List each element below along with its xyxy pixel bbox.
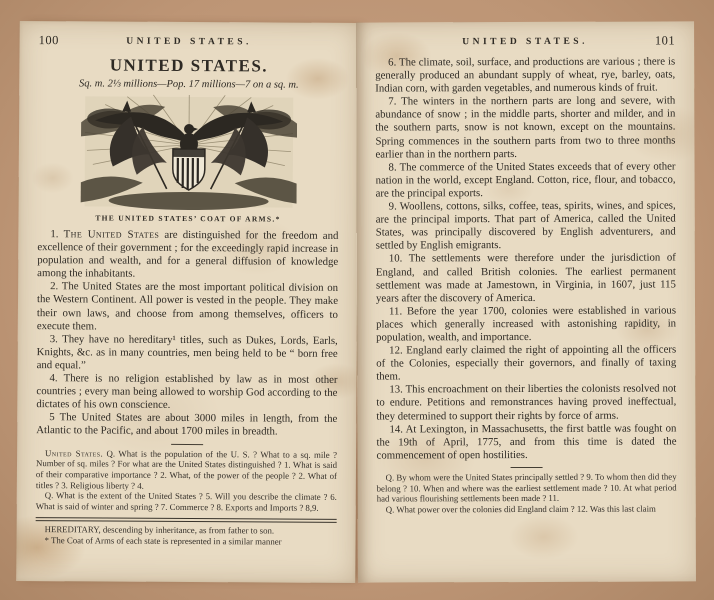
- paragraph-9: 9. Woollens, cottons, silks, coffee, tea…: [376, 200, 676, 253]
- questions-paragraph: United States. Q. What is the population…: [36, 448, 337, 493]
- right-body-text: 6. The climate, soil, surface, and produ…: [375, 55, 676, 462]
- left-page-header: 100 UNITED STATES.: [39, 33, 340, 53]
- paragraph-2: 2. The United States are the most import…: [37, 280, 338, 334]
- questions-paragraph: Q. What is the extent of the United Stat…: [36, 490, 337, 513]
- united-states-coat-of-arms-engraving: [80, 94, 297, 211]
- left-questions-block: United States. Q. What is the population…: [36, 448, 337, 514]
- right-page-content: 101 UNITED STATES. 6. The climate, soil,…: [356, 21, 696, 515]
- paragraph-number: 1.: [50, 228, 58, 240]
- engraving-caption: THE UNITED STATES’ COAT OF ARMS.*: [37, 213, 338, 224]
- left-body-text: 1. The United States are distinguished f…: [36, 228, 338, 439]
- left-page: 100 UNITED STATES. UNITED STATES. Sq. m.…: [16, 21, 358, 583]
- paragraph-lead: The United States: [64, 228, 160, 241]
- paragraph-5: 5 The United States are about 3000 miles…: [36, 411, 337, 439]
- right-page-header: 101 UNITED STATES.: [375, 33, 675, 52]
- right-questions-block: Q. By whom were the United States princi…: [377, 471, 677, 515]
- footnote-coat-of-arms: * The Coat of Arms of each state is repr…: [36, 535, 337, 548]
- right-page: 101 UNITED STATES. 6. The climate, soil,…: [356, 21, 696, 582]
- questions-lead: United States.: [45, 448, 103, 458]
- left-footnotes: HEREDITARY, descending by inheritance, a…: [36, 524, 337, 548]
- paragraph-1: 1. The United States are distinguished f…: [37, 228, 338, 282]
- stats-line: Sq. m. 2⅓ millions—Pop. 17 millions—7 on…: [38, 78, 339, 91]
- questions-paragraph: Q. What power over the colonies did Engl…: [377, 503, 677, 515]
- section-rule: [511, 467, 543, 468]
- page-title: UNITED STATES.: [38, 55, 339, 77]
- paragraph-14: 14. At Lexington, in Massachusetts, the …: [376, 422, 676, 462]
- paragraph-7: 7. The winters in the northern parts are…: [375, 95, 675, 162]
- questions-paragraph: Q. By whom were the United States princi…: [377, 471, 677, 504]
- right-page-number: 101: [655, 33, 675, 48]
- left-running-head: UNITED STATES.: [39, 33, 340, 48]
- paragraph-number: 3.: [50, 333, 58, 345]
- right-running-head: UNITED STATES.: [375, 33, 675, 47]
- paragraph-3: 3. They have no hereditary¹ titles, such…: [37, 333, 338, 374]
- left-page-content: 100 UNITED STATES. UNITED STATES. Sq. m.…: [17, 21, 359, 548]
- paragraph-10: 10. The settlements were therefore under…: [376, 252, 676, 305]
- paragraph-13: 13. This encroachment on their liberties…: [376, 383, 676, 423]
- footnote-rule: [36, 517, 337, 523]
- paragraph-number: 5: [49, 411, 54, 423]
- paragraph-4: 4. There is no religion established by l…: [36, 372, 337, 413]
- left-page-number: 100: [39, 33, 59, 48]
- paragraph-8: 8. The commerce of the United States exc…: [376, 160, 676, 200]
- book-scan: 100 UNITED STATES. UNITED STATES. Sq. m.…: [0, 0, 714, 600]
- paragraph-number: 4.: [49, 372, 57, 384]
- paragraph-11: 11. Before the year 1700, colonies were …: [376, 304, 676, 344]
- paragraph-number: 2.: [50, 281, 58, 293]
- paragraph-12: 12. England early claimed the right of a…: [376, 344, 676, 384]
- section-rule: [171, 443, 203, 444]
- paragraph-6: 6. The climate, soil, surface, and produ…: [375, 55, 675, 95]
